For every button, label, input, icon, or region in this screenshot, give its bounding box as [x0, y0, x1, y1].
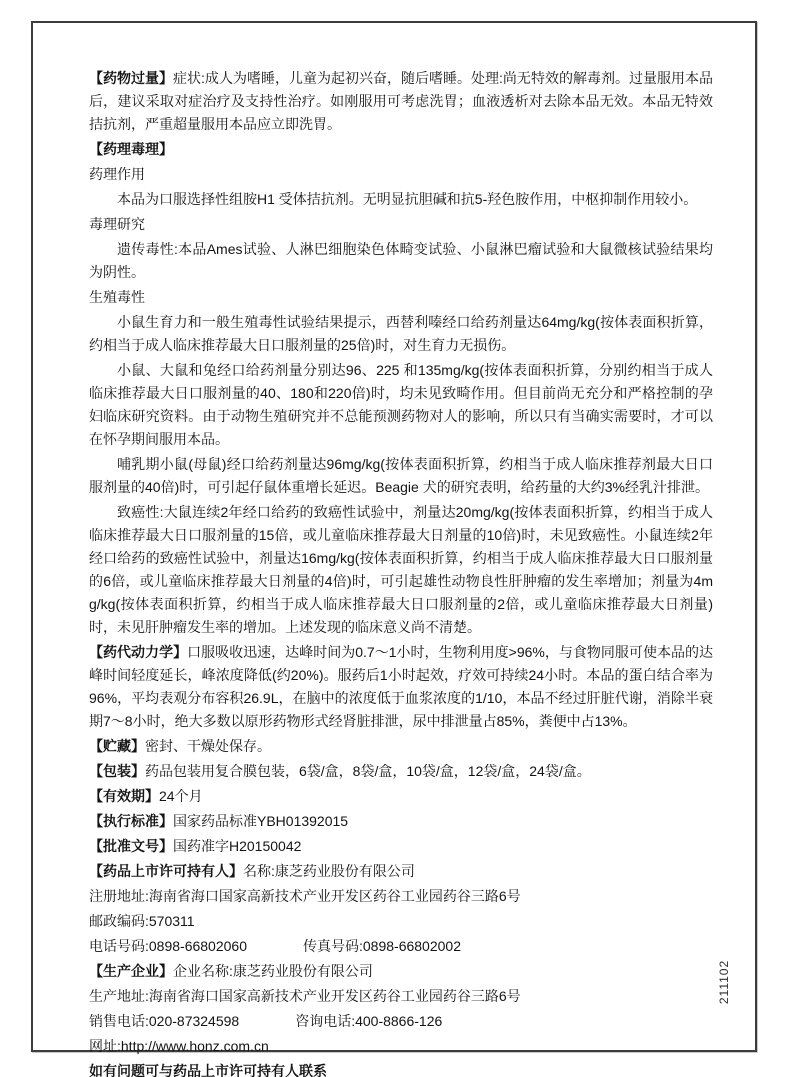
paragraph: 【有效期】24个月 [89, 785, 713, 808]
paragraph: 销售电话:020-87324598咨询电话:400-8866-126 [89, 1010, 713, 1033]
section-label: 【药代动力学】 [89, 644, 187, 660]
package-insert-page: 【药物过量】症状:成人为嗜睡，儿童为起初兴奋，随后嗜睡。处理:尚无特效的解毒剂。… [0, 0, 800, 1077]
paragraph: 哺乳期小鼠(母鼠)经口给药剂量达96mg/kg(按体表面积折算，约相当于成人临床… [89, 453, 713, 499]
revision-code-text: 211102 [717, 960, 731, 1004]
paragraph-text: 密封、干燥处保存。 [145, 738, 271, 754]
paragraph: 【批准文号】国药准字H20150042 [89, 835, 713, 858]
section-label: 【药物过量】 [89, 70, 173, 86]
section-label: 【包装】 [89, 763, 145, 779]
section-label: 【执行标准】 [89, 813, 173, 829]
revision-code: 211102 [717, 959, 731, 1005]
paragraph: 【药品上市许可持有人】名称:康芝药业股份有限公司 [89, 860, 713, 883]
paragraph-text: 24个月 [159, 788, 203, 804]
paragraph-text: 国药准字H20150042 [173, 838, 301, 854]
paragraph: 【药代动力学】口服吸收迅速，达峰时间为0.7～1小时，生物利用度>96%，与食物… [89, 641, 713, 733]
paragraph: 如有问题可与药品上市许可持有人联系 [89, 1060, 713, 1077]
paragraph: 网址:http://www.honz.com.cn [89, 1035, 713, 1058]
paragraph: 【药理毒理】 [89, 138, 713, 161]
paragraph: 致癌性:大鼠连续2年经口给药的致癌性试验中，剂量达20mg/kg(按体表面积折算… [89, 501, 713, 639]
paragraph-text: 致癌性:大鼠连续2年经口给药的致癌性试验中，剂量达20mg/kg(按体表面积折算… [89, 504, 713, 635]
paragraph: 遗传毒性:本品Ames试验、人淋巴细胞染色体畸变试验、小鼠淋巴瘤试验和大鼠微核试… [89, 238, 713, 284]
paragraph: 本品为口服选择性组胺H1 受体拮抗剂。无明显抗胆碱和抗5-羟色胺作用，中枢抑制作… [89, 188, 713, 211]
paragraph: 药理作用 [89, 163, 713, 186]
paragraph-text: 企业名称:康芝药业股份有限公司 [173, 963, 373, 979]
section-label: 【药理毒理】 [89, 141, 173, 157]
section-label: 【药品上市许可持有人】 [89, 863, 243, 879]
paragraph-text: 注册地址:海南省海口国家高新技术产业开发区药谷工业园药谷三路6号 [89, 888, 521, 904]
paragraph: 小鼠生育力和一般生殖毒性试验结果提示，西替利嗪经口给药剂量达64mg/kg(按体… [89, 311, 713, 357]
paragraph-text: 药品包装用复合膜包装，6袋/盒，8袋/盒，10袋/盒，12袋/盒，24袋/盒。 [145, 763, 591, 779]
paragraph-text: 邮政编码:570311 [89, 913, 195, 929]
paragraph-text-secondary: 传真号码:0898-66802002 [303, 938, 461, 954]
section-label: 【贮藏】 [89, 738, 145, 754]
paragraph: 电话号码:0898-66802060传真号码:0898-66802002 [89, 935, 713, 958]
section-label: 【批准文号】 [89, 838, 173, 854]
paragraph-text: 生殖毒性 [89, 289, 145, 305]
paragraph-text: 症状:成人为嗜睡，儿童为起初兴奋，随后嗜睡。处理:尚无特效的解毒剂。过量服用本品… [89, 70, 713, 132]
paragraph: 【贮藏】密封、干燥处保存。 [89, 735, 713, 758]
paragraph-text: 生产地址:海南省海口国家高新技术产业开发区药谷工业园药谷三路6号 [89, 988, 521, 1004]
paragraph-text: 毒理研究 [89, 216, 145, 232]
paragraph: 生产地址:海南省海口国家高新技术产业开发区药谷工业园药谷三路6号 [89, 985, 713, 1008]
paragraph-text: 国家药品标准YBH01392015 [173, 813, 348, 829]
insert-text-content: 【药物过量】症状:成人为嗜睡，儿童为起初兴奋，随后嗜睡。处理:尚无特效的解毒剂。… [89, 67, 713, 1077]
paragraph: 【生产企业】企业名称:康芝药业股份有限公司 [89, 960, 713, 983]
page-border-frame: 【药物过量】症状:成人为嗜睡，儿童为起初兴奋，随后嗜睡。处理:尚无特效的解毒剂。… [31, 21, 757, 1052]
paragraph: 【包装】药品包装用复合膜包装，6袋/盒，8袋/盒，10袋/盒，12袋/盒，24袋… [89, 760, 713, 783]
paragraph-text: 药理作用 [89, 166, 145, 182]
paragraph-text: 名称:康芝药业股份有限公司 [243, 863, 415, 879]
paragraph-text-secondary: 咨询电话:400-8866-126 [295, 1013, 442, 1029]
paragraph: 小鼠、大鼠和兔经口给药剂量分别达96、225 和135mg/kg(按体表面积折算… [89, 359, 713, 451]
paragraph: 生殖毒性 [89, 286, 713, 309]
paragraph: 邮政编码:570311 [89, 910, 713, 933]
paragraph-text: 小鼠、大鼠和兔经口给药剂量分别达96、225 和135mg/kg(按体表面积折算… [89, 362, 713, 447]
paragraph: 【执行标准】国家药品标准YBH01392015 [89, 810, 713, 833]
paragraph-text: 销售电话:020-87324598 [89, 1013, 239, 1029]
paragraph-text: 小鼠生育力和一般生殖毒性试验结果提示，西替利嗪经口给药剂量达64mg/kg(按体… [89, 314, 713, 353]
section-label: 【有效期】 [89, 788, 159, 804]
paragraph: 【药物过量】症状:成人为嗜睡，儿童为起初兴奋，随后嗜睡。处理:尚无特效的解毒剂。… [89, 67, 713, 136]
paragraph-text: 遗传毒性:本品Ames试验、人淋巴细胞染色体畸变试验、小鼠淋巴瘤试验和大鼠微核试… [89, 241, 713, 280]
paragraph: 注册地址:海南省海口国家高新技术产业开发区药谷工业园药谷三路6号 [89, 885, 713, 908]
paragraph-text: 哺乳期小鼠(母鼠)经口给药剂量达96mg/kg(按体表面积折算，约相当于成人临床… [89, 456, 713, 495]
paragraph-text: 本品为口服选择性组胺H1 受体拮抗剂。无明显抗胆碱和抗5-羟色胺作用，中枢抑制作… [117, 191, 697, 207]
paragraph-text: 网址:http://www.honz.com.cn [89, 1038, 269, 1054]
paragraph-text: 如有问题可与药品上市许可持有人联系 [89, 1063, 327, 1077]
paragraph: 毒理研究 [89, 213, 713, 236]
section-label: 【生产企业】 [89, 963, 173, 979]
paragraph-text: 电话号码:0898-66802060 [89, 938, 247, 954]
